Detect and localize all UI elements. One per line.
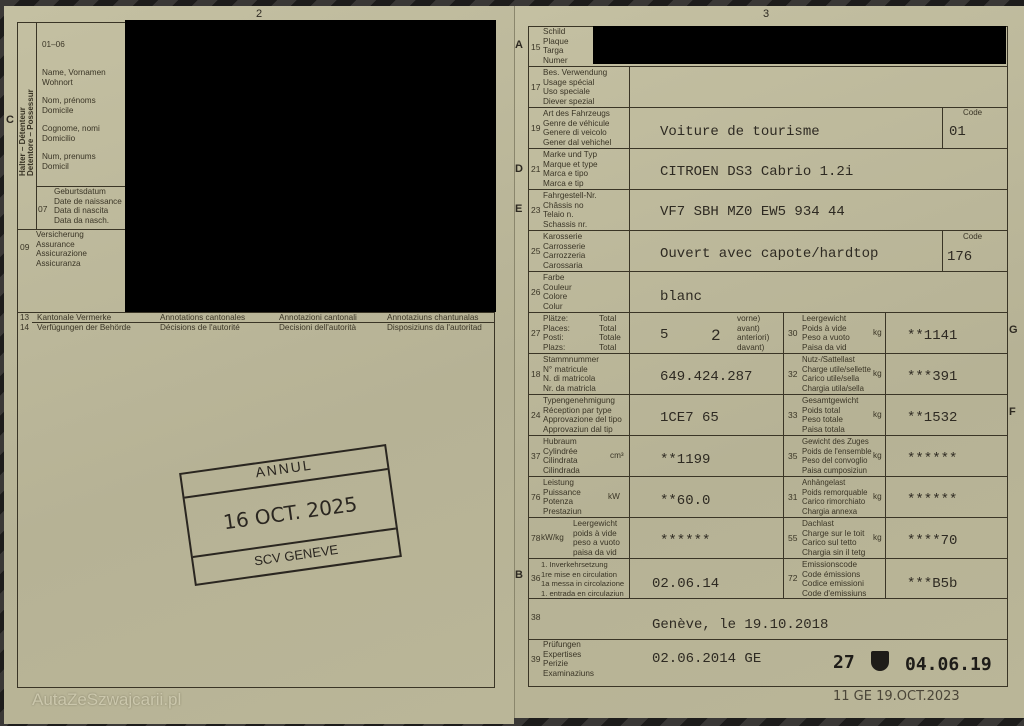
emission-code-code: 72 — [788, 573, 797, 583]
train-weight-value: ****** — [907, 451, 957, 467]
section-letter-a: A — [515, 39, 523, 51]
body-label: Karosserie Carrosserie Carrozzeria Caros… — [543, 232, 585, 270]
towing-load-label: Anhängelast Poids remorquable Carico rim… — [802, 478, 867, 516]
make-model-value: CITROEN DS3 Cabrio 1.2i — [660, 164, 853, 180]
inspection-stamp-date: 04.06.19 — [905, 654, 992, 675]
color-code: 26 — [531, 287, 540, 297]
annotation-14-fr: Décisions de l'autorité — [160, 323, 240, 333]
insurance-code: 09 — [20, 242, 29, 252]
section-letter-f: F — [1009, 406, 1016, 418]
total-weight-value: **1532 — [907, 410, 957, 426]
seats-front-value: 2 — [711, 327, 721, 345]
power-label: Leistung Puissance Potenza Prestaziun — [543, 478, 582, 516]
seats-front-label: vorne) avant) anteriori) davant) — [737, 314, 769, 352]
towing-load-value: ****** — [907, 492, 957, 508]
emission-code-label: Emissionscode Code émissions Codice emis… — [802, 560, 866, 598]
annotation-14-de: Verfügungen der Behörde — [37, 323, 131, 333]
power-weight-code: 78 — [531, 533, 540, 543]
seats-total-label: Total Total Totale Total — [599, 314, 621, 352]
payload-unit: kg — [873, 369, 882, 379]
vehicle-type-code: 19 — [531, 123, 540, 133]
inspections-code: 39 — [531, 654, 540, 664]
color-label: Farbe Couleur Colore Colur — [543, 273, 572, 311]
inspection-stamp-2023: 11 GE 19.OCT.2023 — [833, 689, 960, 704]
power-weight-unit: kW/kg — [541, 533, 564, 543]
body-value: Ouvert avec capote/hardtop — [660, 246, 878, 262]
plate-label: Schild Plaque Targa Numer — [543, 27, 569, 65]
empty-weight-label: Leergewicht Poids à vide Peso a vuoto Pa… — [802, 314, 850, 352]
first-registration-code: 36 — [531, 573, 540, 583]
canton-shield-icon — [871, 651, 889, 671]
annotation-13-it: Annotazioni cantonali — [279, 313, 357, 323]
vehicle-type-value: Voiture de tourisme — [660, 124, 820, 140]
first-registration-value: 02.06.14 — [652, 576, 719, 592]
vehicle-type-code-value: 01 — [949, 124, 966, 140]
annotation-13-code: 13 — [20, 313, 29, 323]
roof-load-code: 55 — [788, 533, 797, 543]
seats-label: Plätze: Places: Posti: Plazs: — [543, 314, 570, 352]
annotation-13-fr: Annotations cantonales — [160, 313, 245, 323]
page-number-left: 2 — [256, 8, 262, 20]
displacement-value: **1199 — [660, 452, 710, 468]
birth-date-label: Geburtsdatum Date de naissance Data di n… — [54, 187, 122, 225]
payload-label: Nutz-/Sattellast Charge utile/sellette C… — [802, 355, 871, 393]
roof-load-label: Dachlast Charge sur le toit Carico sul t… — [802, 519, 865, 557]
watermark: AutaZeSzwajcarii.pl — [32, 690, 181, 710]
plate-code: 15 — [531, 42, 540, 52]
annotation-14-it: Decisioni dell'autorità — [279, 323, 356, 333]
section-letter-b: B — [515, 569, 523, 581]
holder-label-fr: Nom, prénoms Domicile — [42, 96, 96, 115]
inspections-label: Prüfungen Expertises Perizie Examinaziun… — [543, 640, 594, 678]
special-use-label: Bes. Verwendung Usage spécial Uso specia… — [543, 68, 607, 106]
left-page: 2 C Halter – Détenteur Detentore – Posse… — [4, 6, 514, 724]
empty-weight-code: 30 — [788, 328, 797, 338]
train-weight-label: Gewicht des Zuges Poids de l'ensemble Pe… — [802, 437, 872, 475]
power-weight-value: ****** — [660, 533, 710, 549]
power-value: **60.0 — [660, 493, 710, 509]
train-weight-unit: kg — [873, 451, 882, 461]
matriculation-label: Stammnummer N° matricule N. di matricola… — [543, 355, 599, 393]
emission-code-value: ***B5b — [907, 576, 957, 592]
roof-load-value: ****70 — [907, 533, 957, 549]
chassis-value: VF7 SBH MZ0 EW5 934 44 — [660, 204, 845, 220]
power-weight-label: Leergewicht poids à vide peso a vuoto pa… — [573, 519, 620, 557]
make-model-label: Marke und Typ Marque et type Marca e tip… — [543, 150, 598, 188]
power-unit: kW — [608, 492, 620, 502]
issue-code: 38 — [531, 612, 540, 622]
redacted-holder-info — [125, 20, 496, 312]
section-letter-c: C — [6, 114, 14, 126]
annotation-14-code: 14 — [20, 323, 29, 333]
holder-label-de: Name, Vornamen Wohnort — [42, 68, 106, 87]
type-approval-label: Typengenehmigung Réception par type Appr… — [543, 396, 622, 434]
total-weight-unit: kg — [873, 410, 882, 420]
annotation-14-rm: Disposiziuns da l'autoritad — [387, 323, 482, 333]
displacement-unit: cm³ — [610, 451, 624, 461]
type-approval-value: 1CE7 65 — [660, 410, 719, 426]
empty-weight-unit: kg — [873, 328, 882, 338]
chassis-label: Fahrgestell-Nr. Châssis no Telaio n. Sch… — [543, 191, 597, 229]
holder-field-code: 01–06 — [42, 40, 65, 50]
color-value: blanc — [660, 289, 702, 305]
page-number-right: 3 — [763, 8, 769, 20]
inspection-entry: 02.06.2014 GE — [652, 651, 761, 667]
payload-value: ***391 — [907, 369, 957, 385]
total-weight-label: Gesamtgewicht Poids total Peso totale Pa… — [802, 396, 858, 434]
redacted-plate-number — [593, 26, 1006, 64]
make-model-code: 21 — [531, 164, 540, 174]
seats-value: 5 — [660, 327, 668, 343]
total-weight-code: 33 — [788, 410, 797, 420]
right-page: 3 A 15 Schild Plaque Targa Numer 17 Bes.… — [514, 6, 1024, 718]
annotation-13-rm: Annotaziuns chantunalas — [387, 313, 479, 323]
special-use-code: 17 — [531, 82, 540, 92]
train-weight-code: 35 — [788, 451, 797, 461]
roof-load-unit: kg — [873, 533, 882, 543]
matriculation-value: 649.424.287 — [660, 369, 752, 385]
body-code-value: 176 — [947, 249, 972, 265]
insurance-label: Versicherung Assurance Assicurazione Ass… — [36, 230, 87, 268]
type-approval-code: 24 — [531, 410, 540, 420]
holder-label-rm: Num, prenums Domicil — [42, 152, 96, 171]
towing-load-unit: kg — [873, 492, 882, 502]
payload-code: 32 — [788, 369, 797, 379]
first-registration-label: 1. Inverkehrsetzung 1re mise en circulat… — [541, 560, 624, 598]
issue-value: Genève, le 19.10.2018 — [652, 617, 828, 633]
displacement-label: Hubraum Cylindrée Cilindrata Cilindrada — [543, 437, 580, 475]
annotation-13-de: Kantonale Vermerke — [37, 313, 111, 323]
empty-weight-value: **1141 — [907, 328, 957, 344]
body-code: 25 — [531, 246, 540, 256]
displacement-code: 37 — [531, 451, 540, 461]
birth-date-code: 07 — [38, 204, 47, 214]
inspection-stamp-number: 27 — [833, 652, 855, 673]
section-letter-d: D — [515, 163, 523, 175]
body-code-label: Code — [963, 232, 982, 241]
matriculation-code: 18 — [531, 369, 540, 379]
seats-code: 27 — [531, 328, 540, 338]
holder-vertical-label-2: Detentore – Possessur — [26, 89, 35, 176]
section-letter-g: G — [1009, 324, 1018, 336]
section-letter-e: E — [515, 203, 522, 215]
vehicle-type-label: Art des Fahrzeugs Genre de véhicule Gene… — [543, 109, 611, 147]
towing-load-code: 31 — [788, 492, 797, 502]
power-code: 76 — [531, 492, 540, 502]
holder-label-it: Cognome, nomi Domicilio — [42, 124, 100, 143]
vehicle-type-code-label: Code — [963, 108, 982, 117]
chassis-code: 23 — [531, 205, 540, 215]
